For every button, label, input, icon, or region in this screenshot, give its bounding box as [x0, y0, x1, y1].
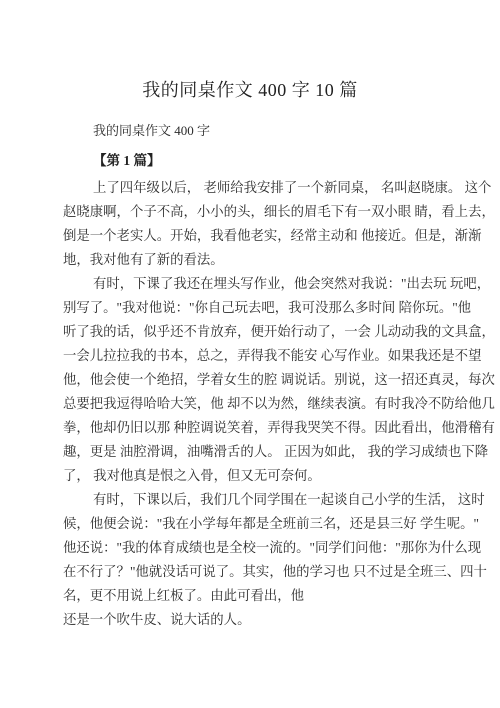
text-line: 还是一个吹牛皮、说大话的人。	[63, 608, 439, 632]
text-line: 听了我的话，似乎还不肯放弃，便开始行动了，一会 儿动动我的文具盒，	[63, 320, 439, 344]
page-title: 我的同桌作文 400 字 10 篇	[0, 0, 500, 102]
text-line: 地，我对他有了新的看法。	[63, 248, 439, 272]
text-line: 拳，他却仍旧以那 种腔调说笑着，弄得我哭笑不得。因此看出，他滑稽有	[63, 416, 439, 440]
document-page: 我的同桌作文 400 字 10 篇 我的同桌作文 400 字 【第 1 篇】 上…	[0, 0, 500, 708]
text-line: 趣，更是 油腔滑调，油嘴滑舌的人。 正因为如此， 我的学习成绩也下降	[63, 440, 439, 464]
text-line: 上了四年级以后， 老师给我安排了一个新同桌， 名叫赵晓康。 这个	[63, 176, 439, 200]
text-line: 他还说："我的体育成绩也是全校一流的。"同学们问他："那你为什么现	[63, 536, 439, 560]
text-line: 候，他便会说："我在小学每年都是全班前三名，还是县三好 学生呢。"	[63, 512, 439, 536]
text-line: 有时，下课了我还在埋头写作业，他会突然对我说："出去玩 玩吧，	[63, 272, 439, 296]
text-line: 在不行了？"他就没话可说了。其实，他的学习也 只不过是全班三、四十	[63, 560, 439, 584]
text-line: 他，他会使一个绝招，学着女生的腔 调说话。别说，这一招还真灵，每次	[63, 368, 439, 392]
text-line: 倒是一个老实人。开始，我看他老实，经常主动和 他接近。但是，渐渐	[63, 224, 439, 248]
subtitle: 我的同桌作文 400 字	[93, 123, 500, 138]
text-line: 了， 我对他真是恨之入骨，但又无可奈何。	[63, 464, 439, 488]
essay-body: 上了四年级以后， 老师给我安排了一个新同桌， 名叫赵晓康。 这个 赵晓康啊，个子…	[63, 176, 439, 632]
section-heading: 【第 1 篇】	[93, 152, 500, 169]
text-line: 总要把我逗得哈哈大笑，他 却不以为然，继续表演。有时我冷不防给他几	[63, 392, 439, 416]
text-line: 一会儿拉拉我的书本，总之，弄得我不能安 心写作业。如果我还是不望	[63, 344, 439, 368]
text-line: 别写了。"我对他说："你自己玩去吧，我可没那么多时间 陪你玩。"他	[63, 296, 439, 320]
text-line: 有时，下课以后，我们几个同学围在一起谈自己小学的生活， 这时	[63, 488, 439, 512]
text-line: 名，更不用说上红板了。由此可看出，他	[63, 584, 439, 608]
text-line: 赵晓康啊，个子不高，小小的头，细长的眉毛下有一双小眼 睛，看上去，	[63, 200, 439, 224]
